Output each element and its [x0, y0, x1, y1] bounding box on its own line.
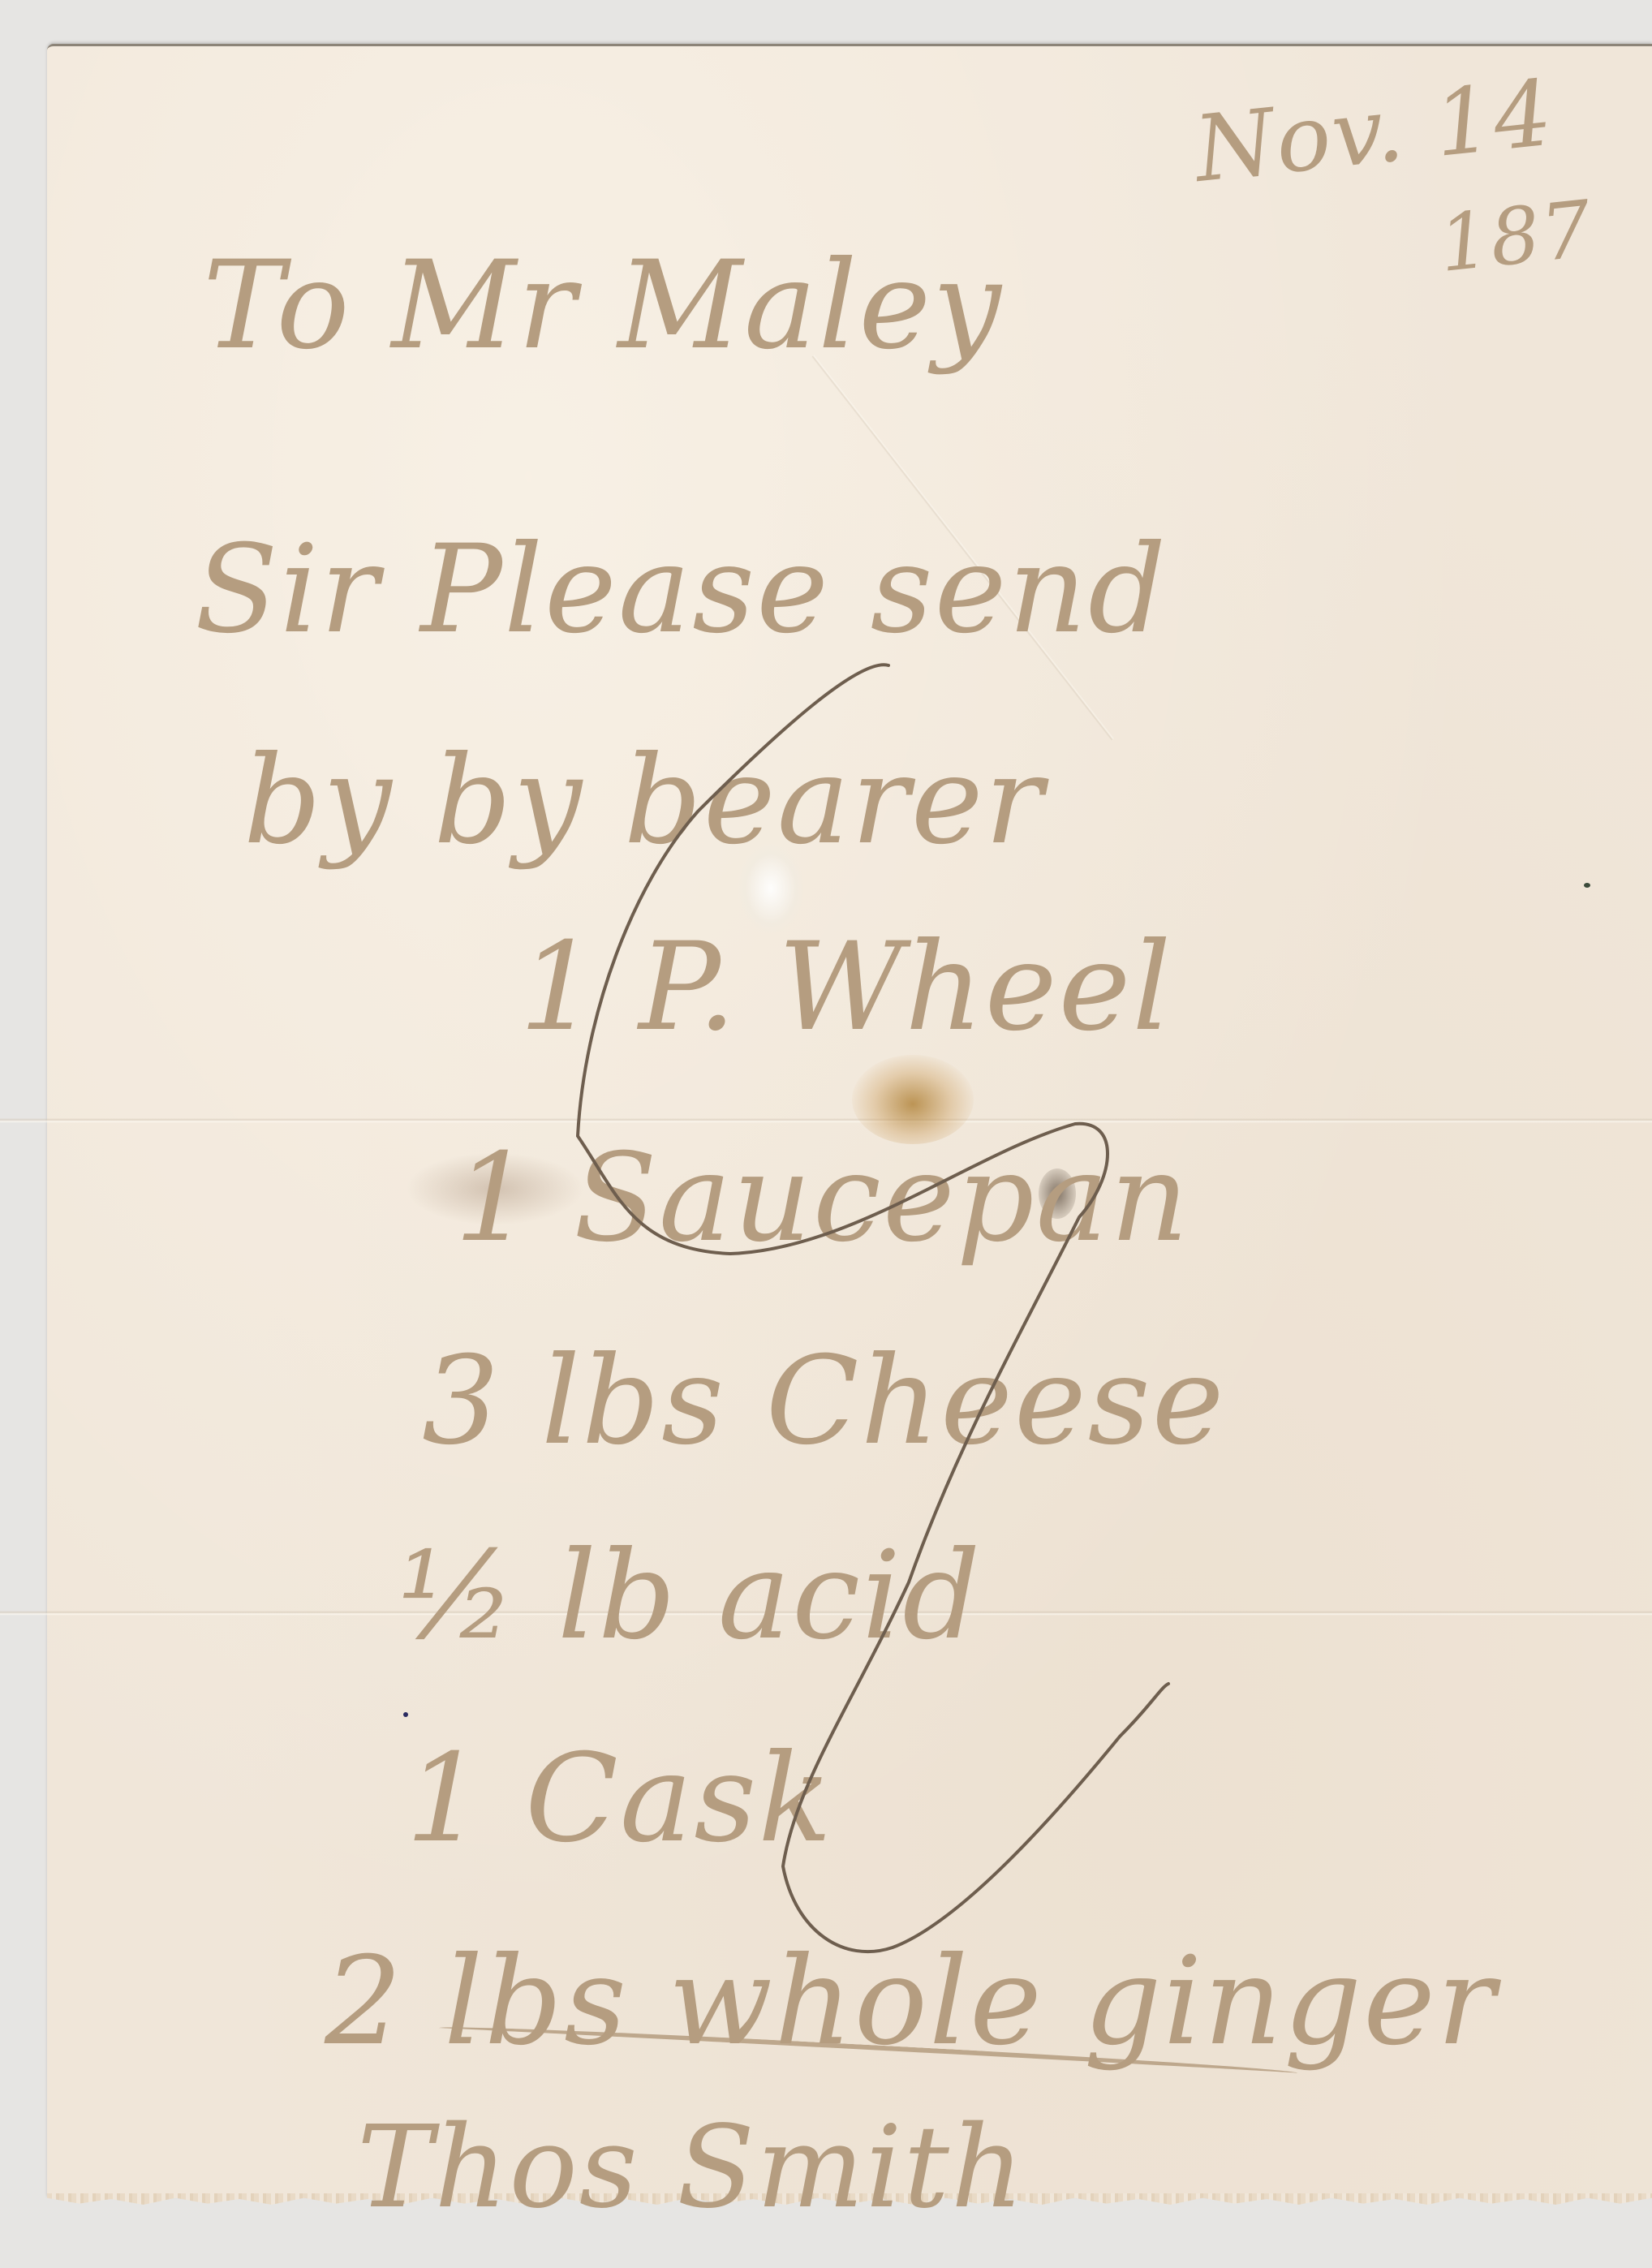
date-year: 187 — [1435, 183, 1597, 290]
salutation: To Mr Maley — [203, 235, 1003, 377]
greeting: Sir Please send — [195, 519, 1168, 661]
ink-speck — [403, 1712, 408, 1717]
ink-speck — [1584, 883, 1590, 888]
order-item: 1 Saucepan — [454, 1128, 1190, 1269]
order-item: 1 Cask — [406, 1728, 833, 1870]
order-item: 1 P. Wheel — [519, 917, 1172, 1058]
order-item: ½ lb acid — [398, 1526, 982, 1667]
delivery-line: by by bearer — [243, 730, 1044, 871]
signature: Thos Smith — [357, 2102, 1026, 2234]
horizontal-fold-upper — [0, 1118, 1652, 1123]
order-item: 3 lbs Cheese — [422, 1331, 1225, 1472]
